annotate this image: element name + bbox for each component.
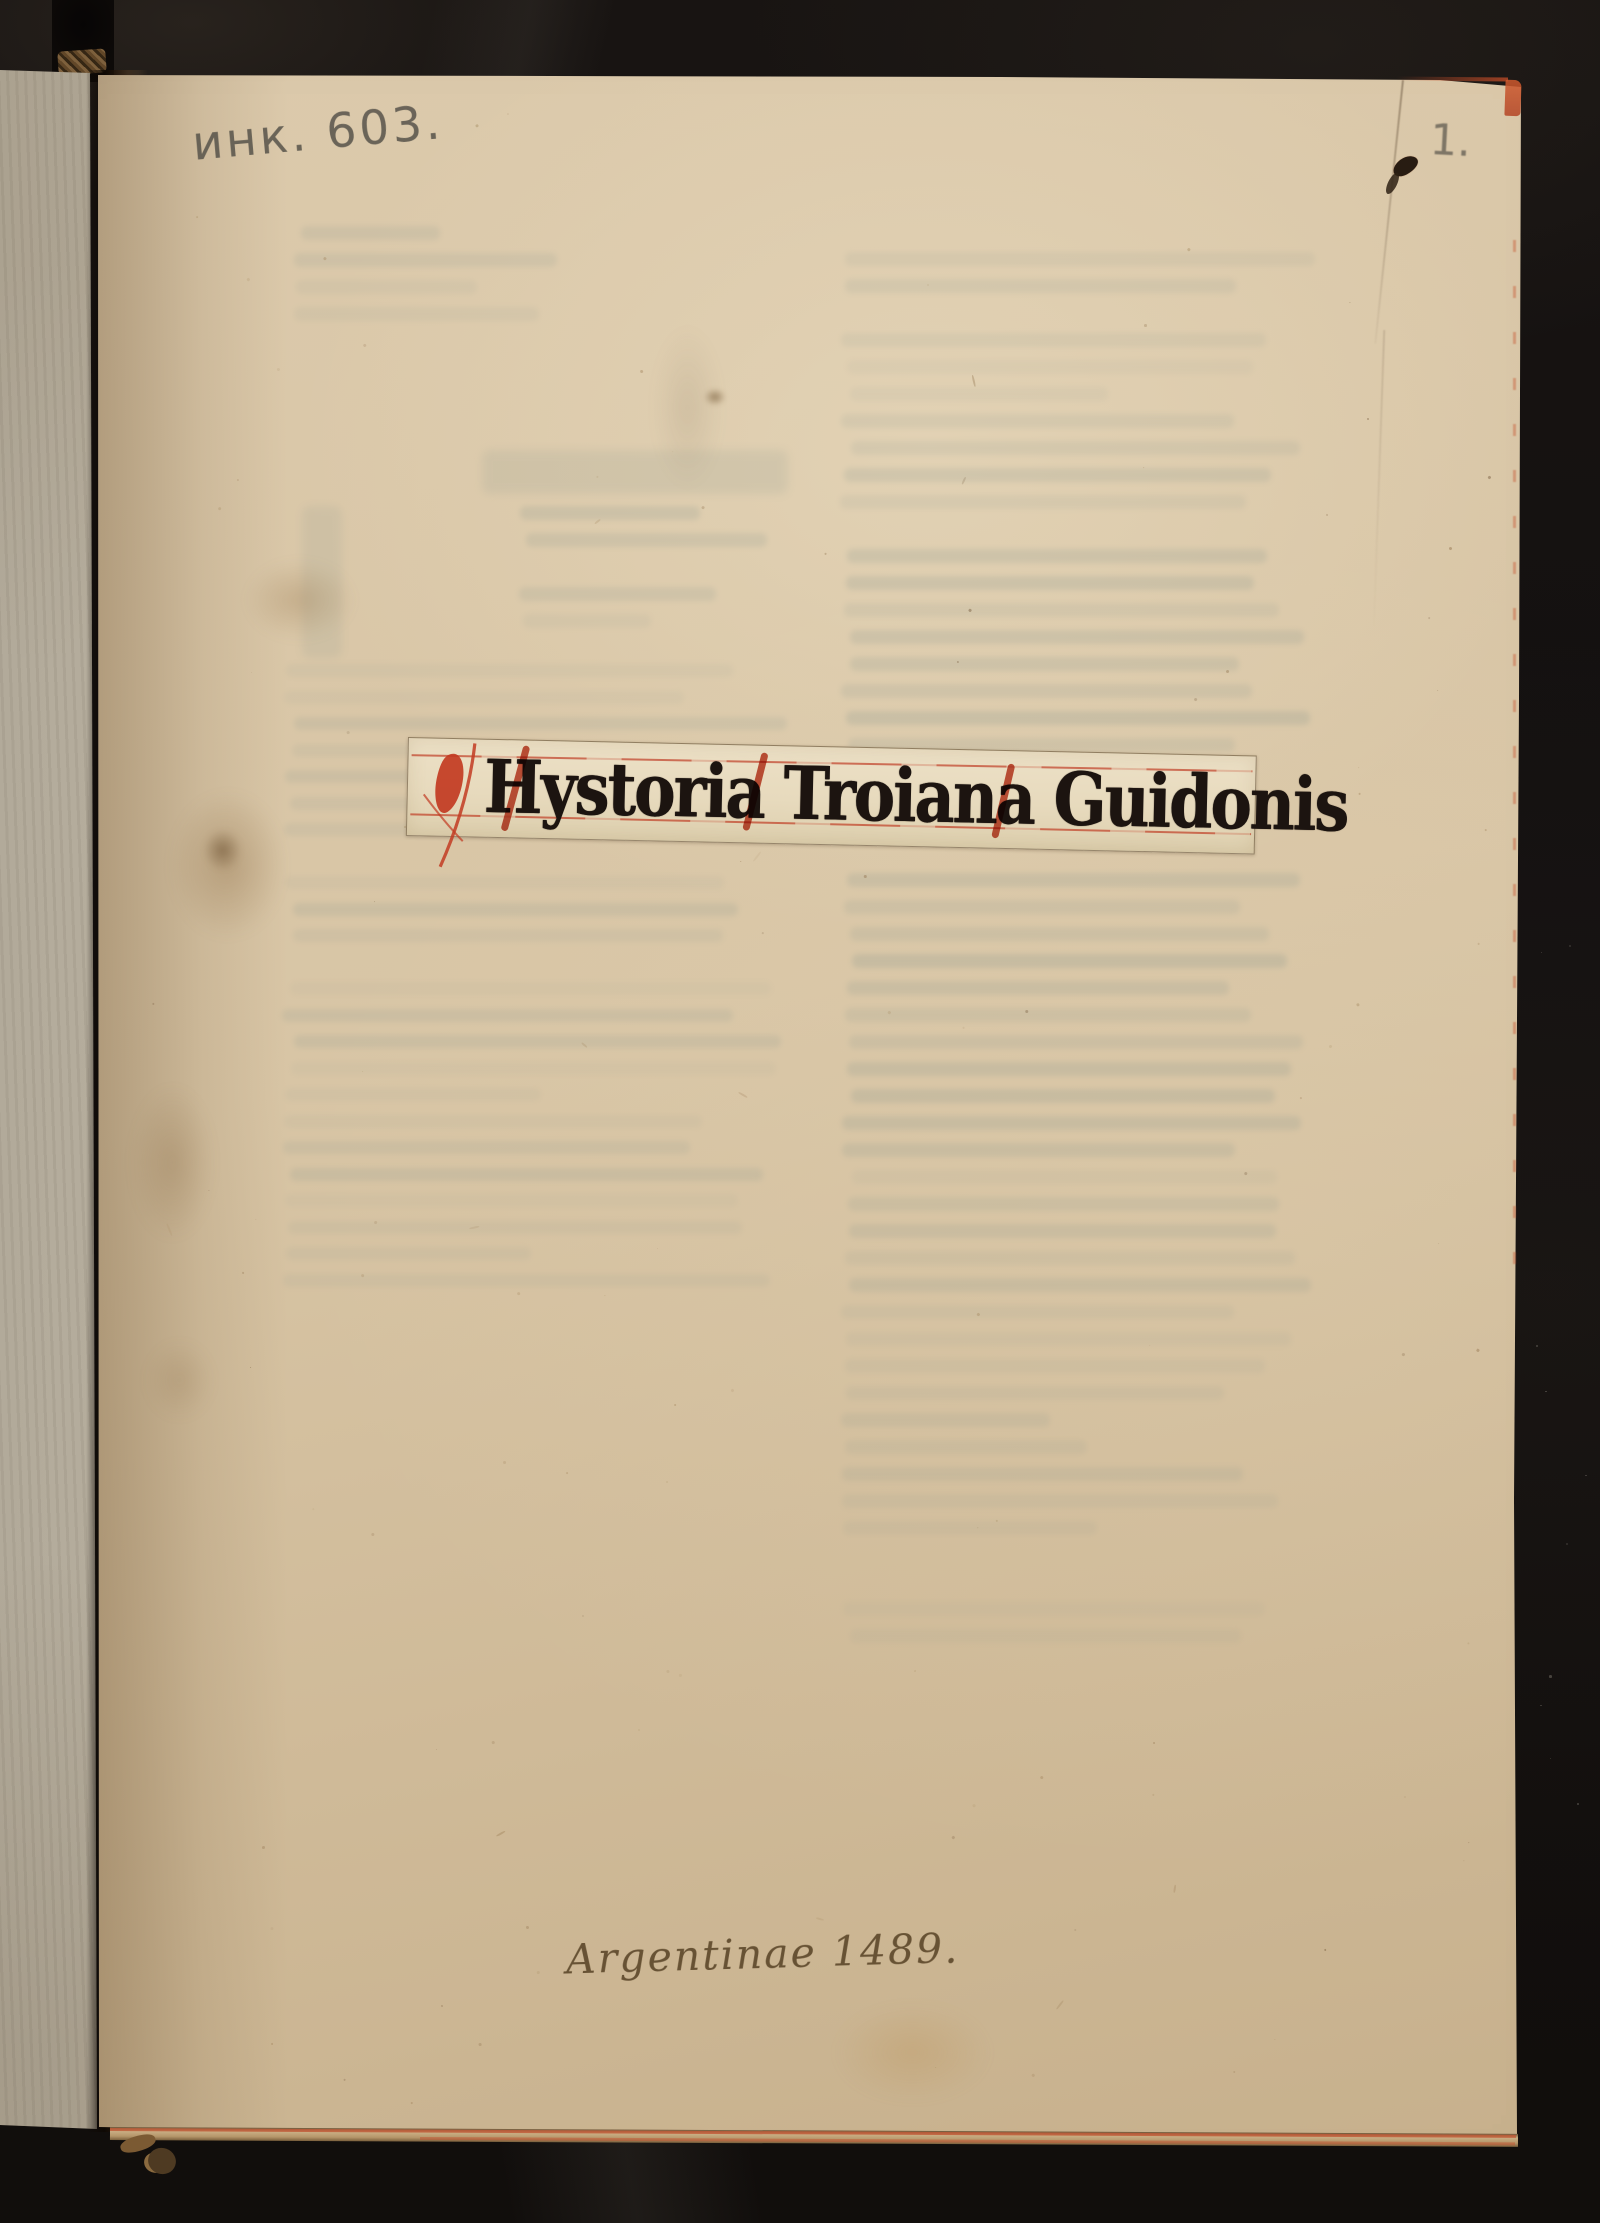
title-label-strip: Hystoria Troiana Guidonis xyxy=(406,737,1257,854)
photographed-book-page: инк. 603. 1. Hystoria Troiana Guidonis A… xyxy=(0,0,1600,2223)
folio-number: 1. xyxy=(1429,115,1473,167)
title-page-leaf: инк. 603. 1. Hystoria Troiana Guidonis A… xyxy=(0,0,1600,2223)
red-edge-stain xyxy=(1504,80,1521,117)
red-edge-stain xyxy=(1513,240,1516,1280)
title-label-text: Hystoria Troiana Guidonis xyxy=(483,743,1348,848)
rubric-paraph-icon xyxy=(416,740,491,874)
page-vignette xyxy=(0,0,1600,2223)
